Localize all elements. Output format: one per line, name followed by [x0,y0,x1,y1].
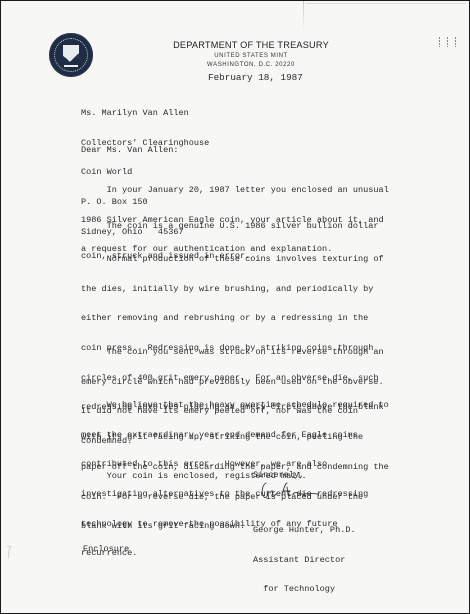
punch-mark [439,37,440,47]
salutation: Dear Ms. Van Allen: [81,146,178,156]
signer-title: for Technology [253,585,356,595]
body-line: the dies, initially by wire brushing, an… [81,285,389,295]
letterhead-address: WASHINGTON, D.C. 20220 [161,61,341,70]
body-line: In your January 20, 1987 letter you encl… [81,186,389,196]
signer-title: Assistant Director [253,556,356,566]
letterhead-department: DEPARTMENT OF THE TREASURY [161,39,341,51]
body-line: Normal production of these coins involve… [81,255,389,265]
letter-date: February 18, 1987 [208,72,303,83]
punch-mark [455,37,456,47]
punch-mark [447,37,448,47]
paper-crease-line [306,3,466,4]
paper-crease [303,1,304,31]
recipient-line: Ms. Marilyn Van Allen [81,109,209,119]
margin-pencil-mark [5,544,15,574]
seal-key [64,65,78,67]
body-line: either removing and rebrushing or by a r… [81,314,389,324]
body-line: We believe that the heavy overtime sched… [81,401,389,411]
signer-name: George Hunter, Ph.D. [253,526,356,536]
signer-block: George Hunter, Ph.D. Assistant Director … [253,506,356,614]
handwritten-signature-icon [260,479,330,501]
letterhead-agency: UNITED STATES MINT [161,51,341,61]
body-line: meet the extraordinary year-end demand f… [81,431,389,441]
body-line: The coin you sent was struck on its reve… [81,348,384,358]
enclosure-note: Enclosure [83,545,129,555]
body-line: The coin is a genuine U.S. 1986 silver b… [81,222,378,232]
treasury-seal-icon [49,33,93,77]
letterhead: DEPARTMENT OF THE TREASURY UNITED STATES… [161,39,341,70]
letter-page: DEPARTMENT OF THE TREASURY UNITED STATES… [0,0,470,614]
margin-punch-marks [439,37,456,47]
